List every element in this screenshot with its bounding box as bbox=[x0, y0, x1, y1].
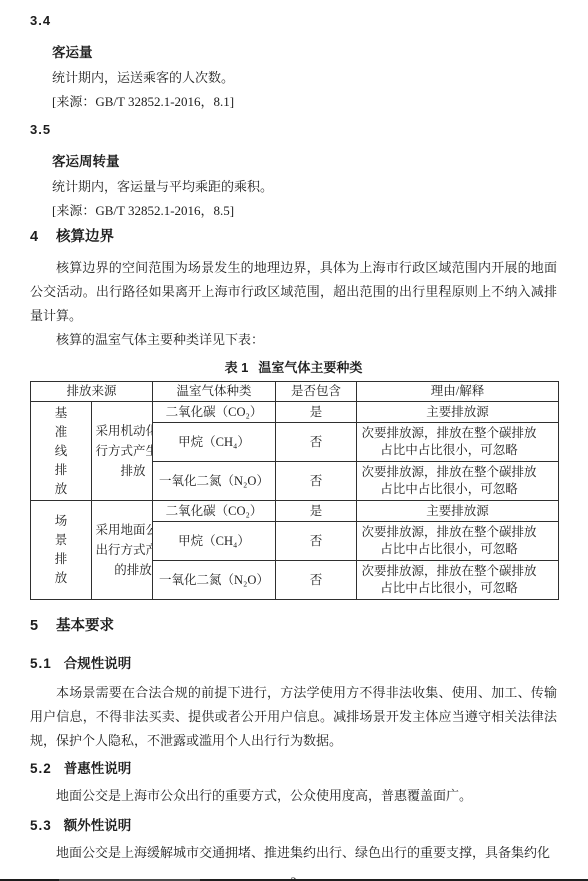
term-definition: 统计期内，客运量与平均乘距的乘积。 bbox=[52, 176, 557, 198]
paragraph-additionality: 地面公交是上海缓解城市交通拥堵、推进集约出行、绿色出行的重要支撑，具备集约化 bbox=[30, 841, 557, 865]
gas-cell: 一氧化二氮（N₂O） bbox=[153, 561, 276, 600]
section-number-3-5: 3.5 bbox=[30, 121, 557, 139]
category-label: 场景排放 bbox=[55, 512, 68, 588]
table-caption-title: 温室气体主要种类 bbox=[258, 360, 362, 375]
subsection-heading-5-3: 5.3额外性说明 bbox=[30, 817, 557, 835]
term-source-reference: [来源：GB/T 32852.1-2016，8.1] bbox=[52, 91, 557, 113]
section-heading-5: 5基本要求 bbox=[30, 616, 557, 636]
included-cell: 是 bbox=[276, 501, 357, 522]
source-desc-label: 采用地面公交出行方式产生的排放 bbox=[94, 520, 153, 580]
reason-cell: 次要排放源，排放在整个碳排放占比中占比很小，可忽略 bbox=[357, 423, 559, 462]
gas-cell: 甲烷（CH₄） bbox=[153, 522, 276, 561]
included-cell: 是 bbox=[276, 402, 357, 423]
source-desc-label: 采用机动化出行方式产生的排放 bbox=[94, 421, 153, 481]
subsection-number: 5.2 bbox=[30, 760, 52, 778]
gas-cell: 一氧化二氮（N₂O） bbox=[153, 462, 276, 501]
section-heading-title: 核算边界 bbox=[56, 229, 114, 245]
section-number-3-4: 3.4 bbox=[30, 0, 557, 30]
term-title-passenger-turnover: 客运周转量 bbox=[52, 152, 557, 172]
ghg-species-table: 排放来源 温室气体种类 是否包含 理由/解释 基准线排放 采用机动化出行方式产生… bbox=[30, 381, 559, 600]
section-heading-title: 基本要求 bbox=[56, 618, 114, 634]
section-heading-number: 5 bbox=[30, 616, 48, 636]
category-cell-baseline: 基准线排放 bbox=[31, 402, 92, 501]
included-cell: 否 bbox=[276, 462, 357, 501]
reason-cell: 次要排放源，排放在整个碳排放占比中占比很小，可忽略 bbox=[357, 561, 559, 600]
paragraph-inclusiveness: 地面公交是上海市公众出行的重要方式，公众使用度高，普惠覆盖面广。 bbox=[30, 784, 557, 808]
table-caption: 表 1温室气体主要种类 bbox=[30, 359, 557, 377]
header-cell-emission-source: 排放来源 bbox=[31, 382, 153, 402]
category-cell-scenario: 场景排放 bbox=[31, 501, 92, 600]
gas-cell: 二氧化碳（CO₂） bbox=[153, 501, 276, 522]
table-caption-number: 表 1 bbox=[225, 360, 249, 375]
section-heading-4: 4核算边界 bbox=[30, 227, 557, 247]
table-row: 基准线排放 采用机动化出行方式产生的排放 二氧化碳（CO₂） 是 主要排放源 bbox=[31, 402, 559, 423]
header-cell-gas-type: 温室气体种类 bbox=[153, 382, 276, 402]
subsection-heading-5-2: 5.2普惠性说明 bbox=[30, 760, 557, 778]
included-cell: 否 bbox=[276, 561, 357, 600]
included-cell: 否 bbox=[276, 522, 357, 561]
gas-cell: 二氧化碳（CO₂） bbox=[153, 402, 276, 423]
subsection-heading-5-1: 5.1合规性说明 bbox=[30, 655, 557, 673]
paragraph-table-intro: 核算的温室气体主要种类详见下表： bbox=[30, 328, 557, 352]
paragraph-compliance: 本场景需要在合法合规的前提下进行，方法学使用方不得非法收集、使用、加工、传输用户… bbox=[30, 681, 557, 753]
gas-cell: 甲烷（CH₄） bbox=[153, 423, 276, 462]
source-desc-cell: 采用地面公交出行方式产生的排放 bbox=[92, 501, 153, 600]
source-desc-cell: 采用机动化出行方式产生的排放 bbox=[92, 402, 153, 501]
included-cell: 否 bbox=[276, 423, 357, 462]
subsection-title: 合规性说明 bbox=[64, 656, 132, 671]
reason-cell: 主要排放源 bbox=[357, 402, 559, 423]
term-definition: 统计期内，运送乘客的人次数。 bbox=[52, 67, 557, 89]
reason-cell: 次要排放源，排放在整个碳排放占比中占比很小，可忽略 bbox=[357, 462, 559, 501]
subsection-number: 5.3 bbox=[30, 817, 52, 835]
reason-cell: 次要排放源，排放在整个碳排放占比中占比很小，可忽略 bbox=[357, 522, 559, 561]
category-label: 基准线排放 bbox=[55, 404, 68, 499]
subsection-title: 普惠性说明 bbox=[64, 761, 132, 776]
reason-cell: 主要排放源 bbox=[357, 501, 559, 522]
subsection-number: 5.1 bbox=[30, 655, 52, 673]
page-content: 3.4 客运量 统计期内，运送乘客的人次数。 [来源：GB/T 32852.1-… bbox=[0, 0, 588, 881]
header-cell-included: 是否包含 bbox=[276, 382, 357, 402]
term-source-reference: [来源：GB/T 32852.1-2016，8.5] bbox=[52, 200, 557, 222]
table-row: 场景排放 采用地面公交出行方式产生的排放 二氧化碳（CO₂） 是 主要排放源 bbox=[31, 501, 559, 522]
subsection-title: 额外性说明 bbox=[64, 818, 132, 833]
document-page: 3.4 客运量 统计期内，运送乘客的人次数。 [来源：GB/T 32852.1-… bbox=[0, 0, 588, 881]
term-title-passenger-volume: 客运量 bbox=[52, 43, 557, 63]
section-heading-number: 4 bbox=[30, 227, 48, 247]
header-cell-reason: 理由/解释 bbox=[357, 382, 559, 402]
table-header-row: 排放来源 温室气体种类 是否包含 理由/解释 bbox=[31, 382, 559, 402]
paragraph-accounting-boundary: 核算边界的空间范围为场景发生的地理边界，具体为上海市行政区域范围内开展的地面公交… bbox=[30, 256, 557, 328]
